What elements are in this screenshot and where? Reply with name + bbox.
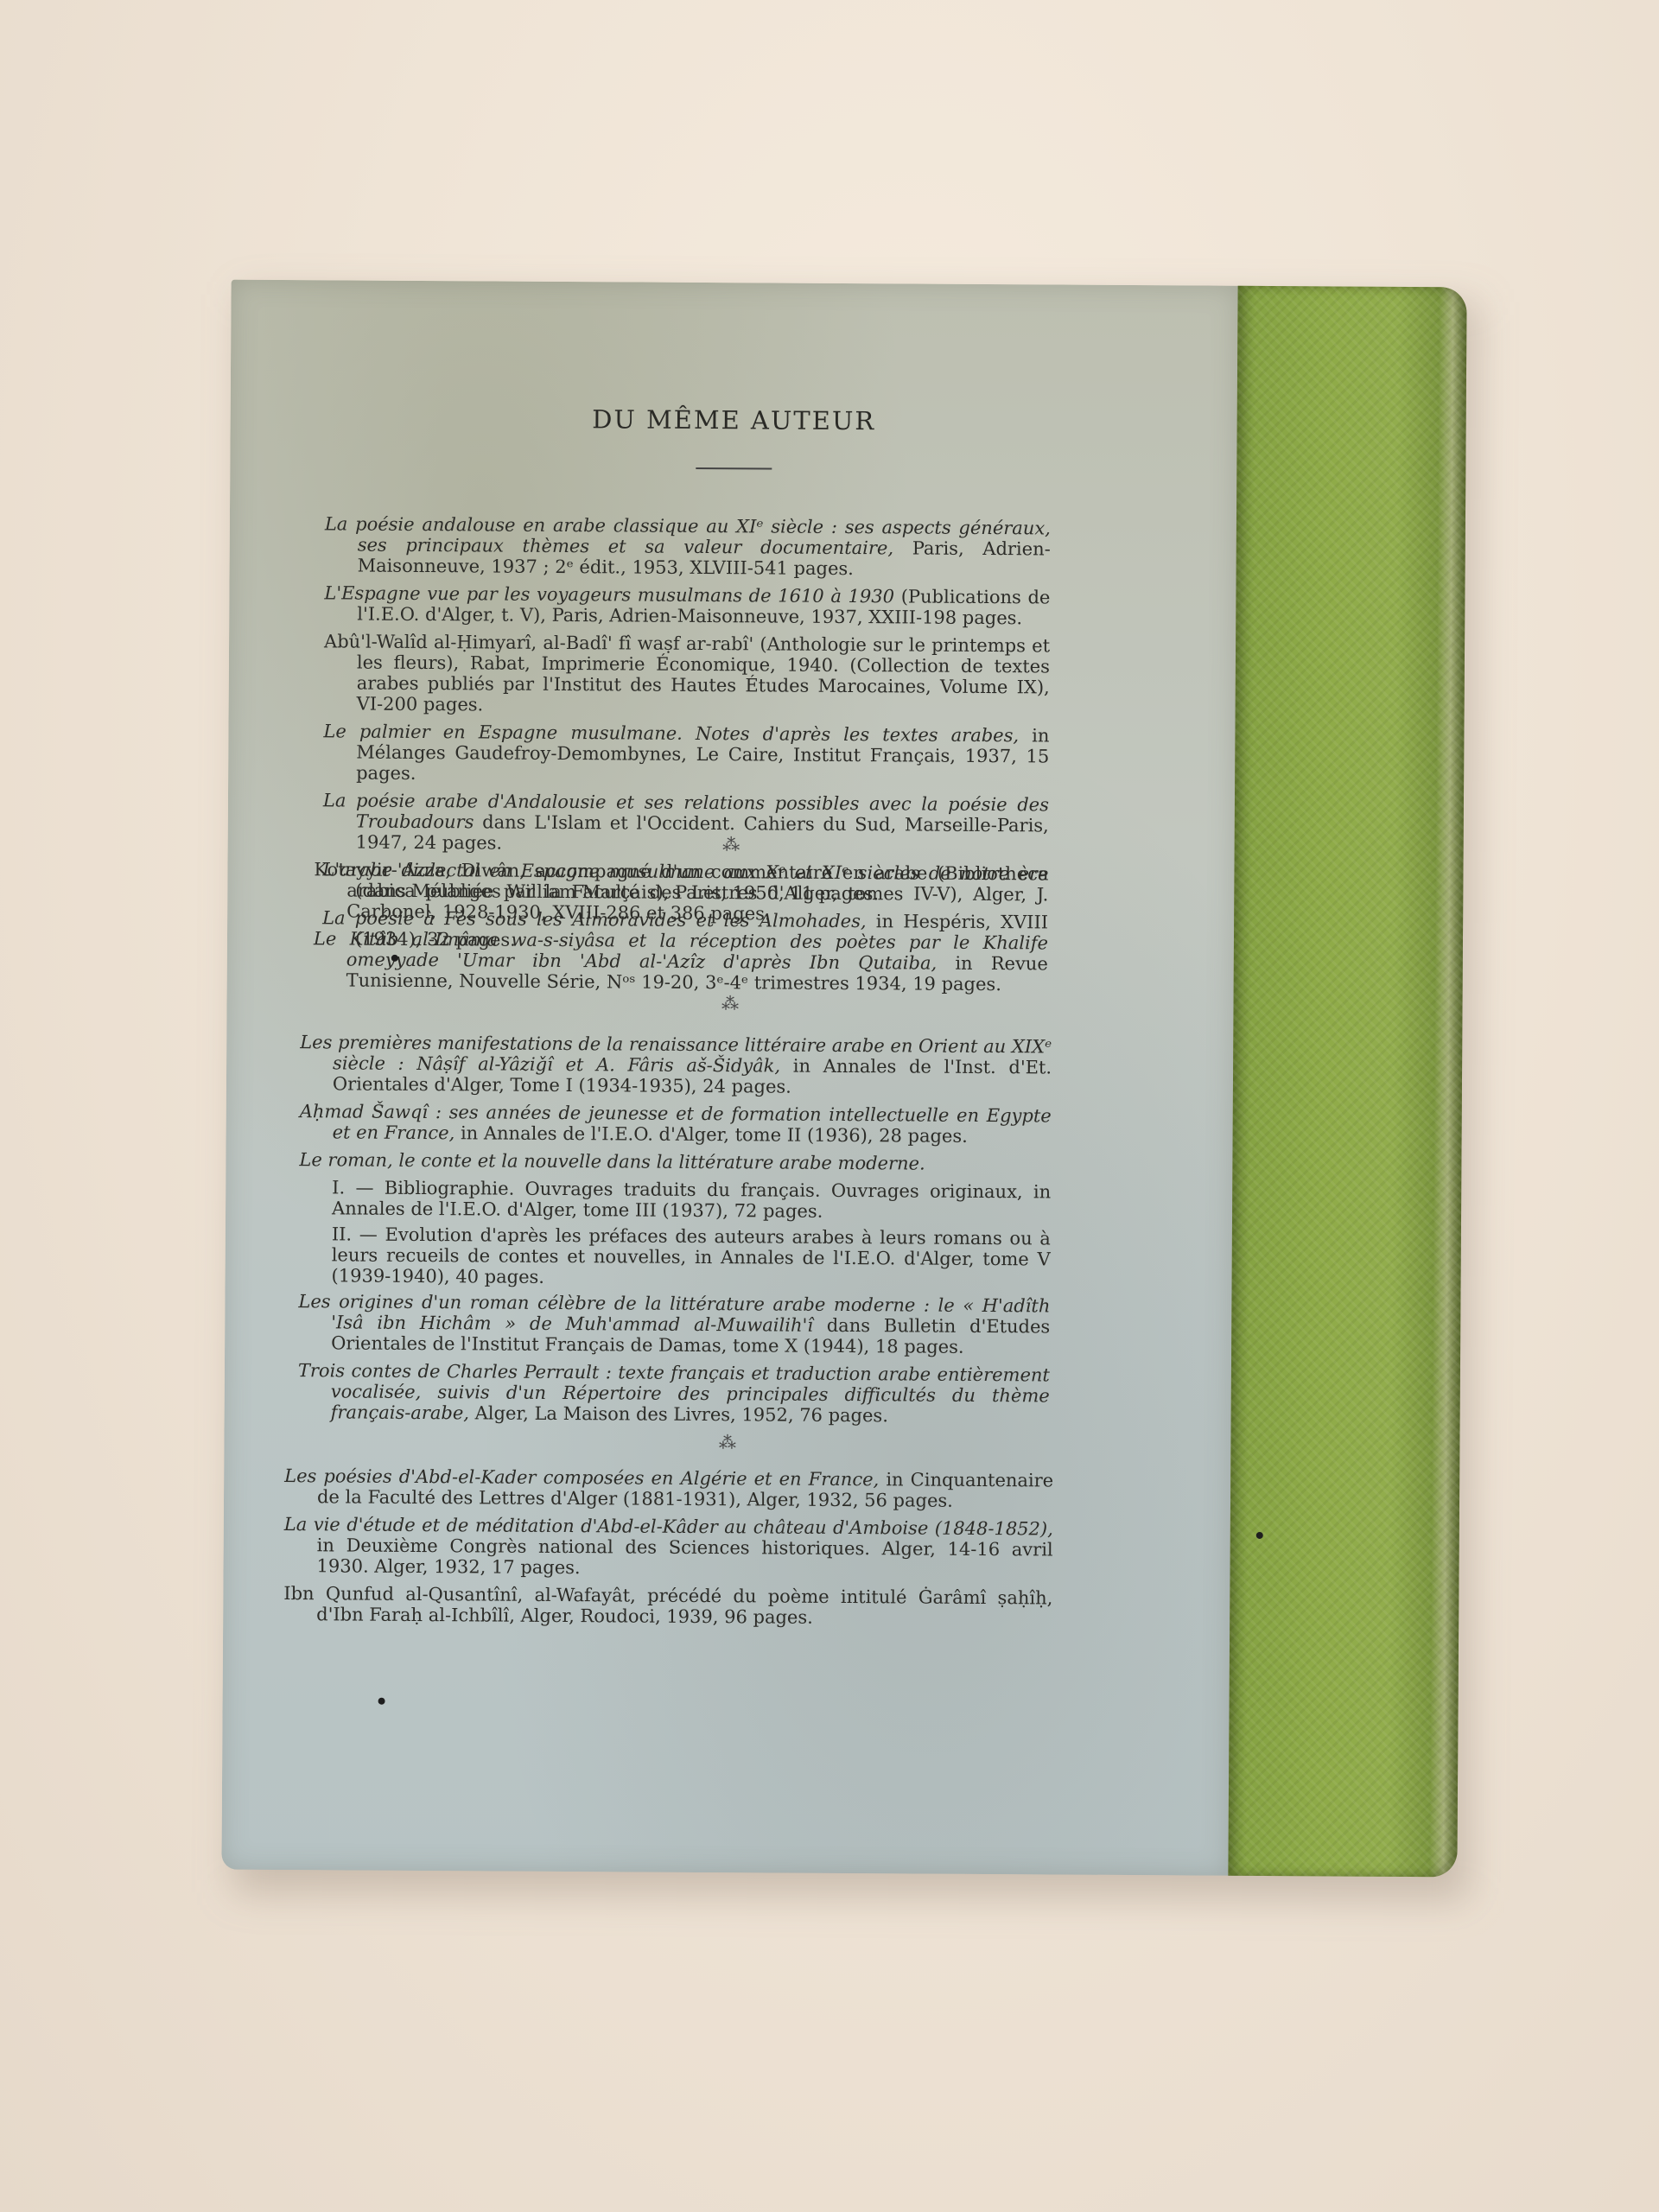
title-rule-divider <box>696 467 772 470</box>
bibliography-entry: La vie d'étude et de méditation d'Abd-el… <box>283 1514 1052 1580</box>
bibliography-entry: Les origines d'un roman célèbre de la li… <box>298 1291 1050 1357</box>
green-spine <box>1228 286 1466 1878</box>
paper-speck <box>391 955 398 962</box>
bibliography-entry: Les premières manifestations de la renai… <box>300 1032 1052 1098</box>
book-back-cover: DU MÊME AUTEUR La poésie andalouse en ar… <box>221 280 1466 1878</box>
bibliography-entry: Abû'l-Walîd al-Ḥimyarî, al-Badî' fî waṣf… <box>324 631 1051 718</box>
bibliography-entry: Le Kitâb al-Imâma wa-s-siyâsa et la réce… <box>314 928 1048 995</box>
bibliography-entry: Kotayyir-'Azza, Diwân, accompagné d'un c… <box>314 859 1048 925</box>
bibliography-subentry: I. — Bibliographie. Ouvrages traduits du… <box>299 1177 1051 1223</box>
page-title: DU MÊME AUTEUR <box>231 403 1237 438</box>
section-separator-asterism: ⁂ <box>224 1429 1230 1456</box>
bibliography-section-3: Les premières manifestations de la renai… <box>298 1032 1052 1433</box>
bibliography-page: DU MÊME AUTEUR La poésie andalouse en ar… <box>221 280 1237 1876</box>
paper-speck <box>378 1698 385 1705</box>
section-separator-asterism: ⁂ <box>226 990 1233 1017</box>
bibliography-entry: Aḥmad Šawqî : ses années de jeunesse et … <box>300 1101 1052 1147</box>
bibliography-section-4: Les poésies d'Abd-el-Kader composées en … <box>283 1465 1053 1636</box>
bibliography-subentry: II. — Evolution d'après les préfaces des… <box>299 1224 1051 1290</box>
paper-speck <box>1256 1532 1263 1539</box>
bibliography-entry: Le roman, le conte et la nouvelle dans l… <box>299 1149 1051 1174</box>
bibliography-entry: Ibn Qunfud al-Qusantînî, al-Wafayât, pré… <box>283 1583 1052 1629</box>
bibliography-section-2: Kotayyir-'Azza, Diwân, accompagné d'un c… <box>314 859 1049 1001</box>
bibliography-entry: L'Espagne vue par les voyageurs musulman… <box>324 582 1050 628</box>
bibliography-entry: Trois contes de Charles Perrault : texte… <box>298 1360 1050 1427</box>
bibliography-entry: La poésie andalouse en arabe classique a… <box>325 513 1051 580</box>
bibliography-entry: Le palmier en Espagne musulmane. Notes d… <box>323 721 1049 787</box>
bibliography-entry: Les poésies d'Abd-el-Kader composées en … <box>284 1465 1053 1511</box>
